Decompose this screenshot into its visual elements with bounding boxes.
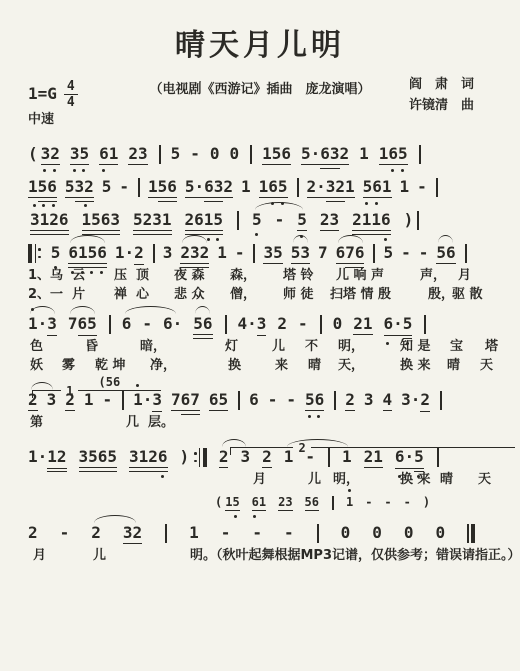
note-token: 56 xyxy=(305,390,324,411)
barline xyxy=(328,448,330,467)
slur-arc xyxy=(182,235,207,243)
note-token: 0 xyxy=(210,144,220,164)
note-token: 767 xyxy=(171,390,200,411)
note-token: - xyxy=(365,495,372,510)
note-token: 6 xyxy=(122,314,132,334)
note-token: 0 xyxy=(404,523,414,543)
note-token: - xyxy=(119,177,129,197)
note-token: 3 xyxy=(240,447,250,467)
pickup-notes: (56 xyxy=(99,375,121,389)
octave-dot xyxy=(42,204,45,207)
note-token: 2 xyxy=(65,390,75,411)
underline xyxy=(133,234,172,235)
note-token: - xyxy=(268,390,278,410)
lyric-segment: 几 xyxy=(126,411,139,430)
lyric-segment: 森， xyxy=(230,264,256,283)
octave-dot xyxy=(348,489,351,492)
key-signature: 1=G44 xyxy=(28,80,78,109)
tempo-marking: 中速 xyxy=(28,108,54,127)
barline xyxy=(440,391,442,410)
lyric-segment: 1、乌 云 xyxy=(28,264,85,283)
credits: 阎 肃 词许镜清 曲 xyxy=(409,74,474,116)
octave-dot xyxy=(255,233,258,236)
barline xyxy=(320,315,322,334)
note-token: ( xyxy=(215,495,222,510)
repeat-end-sign xyxy=(192,447,207,467)
note-token: 6 xyxy=(249,390,259,410)
notation-line: (323561235-001565·6321165 xyxy=(0,144,520,165)
note-token: - xyxy=(404,495,411,510)
note-token: - xyxy=(298,314,308,334)
note-token: 32 xyxy=(123,523,142,544)
note-token: 15 xyxy=(225,495,239,511)
repeat-dots xyxy=(38,244,41,263)
lyric-segment: 扫塔 情 殷 xyxy=(330,283,391,302)
barline xyxy=(159,145,161,164)
note-token: 0 xyxy=(333,314,343,334)
notation-line: 31261563523126155-5232116) xyxy=(0,210,520,231)
note-token: 5 xyxy=(171,144,181,164)
note-token: 5 xyxy=(297,210,307,231)
note-token: 1 xyxy=(342,447,352,467)
slur-arc xyxy=(338,235,363,243)
note-token: 35 xyxy=(70,144,89,165)
note-token: 676 xyxy=(336,243,365,264)
octave-dot xyxy=(33,204,36,207)
note-token: 0 xyxy=(436,523,446,543)
note-token: 5·632 xyxy=(301,144,349,165)
note-token: 1 xyxy=(241,177,251,197)
lyricist-credit: 阎 肃 词 xyxy=(409,77,474,92)
barline xyxy=(437,448,439,467)
lyrics-row: 1、乌 云压 顶夜 森森，塔 铃儿 响 声声，月 xyxy=(0,264,520,283)
lyric-segment: 换 来 xyxy=(400,468,431,487)
note-token: 1 xyxy=(189,523,199,543)
note-token: 3 xyxy=(163,243,173,263)
lyric-segment: 来 xyxy=(275,354,288,373)
note-token: 1 xyxy=(84,390,94,410)
note-token: - xyxy=(221,523,231,543)
barline xyxy=(436,178,438,197)
slur-arc xyxy=(30,306,55,314)
slur-arc xyxy=(255,202,304,210)
repeat-begin-sign xyxy=(28,243,43,263)
barline xyxy=(373,244,375,263)
lyric-segment: 色 xyxy=(30,335,43,354)
octave-dot xyxy=(84,204,87,207)
lyric-segment: 乾 坤 xyxy=(95,354,126,373)
underline xyxy=(352,234,391,235)
note-token: 0 xyxy=(341,523,351,543)
lyric-segment: 明。（秋叶起舞根据MP3记谱，仅供参考；错误请指正。） xyxy=(190,544,520,563)
note-token: 1·3 xyxy=(28,314,57,334)
slur-arc xyxy=(293,235,308,243)
notes-row: 561561·232321-355376765--56 xyxy=(0,243,520,264)
note-token: - xyxy=(401,243,411,263)
note-token: 61 xyxy=(99,144,118,165)
notation-line: 21·1235653126)2321-1216·5月儿明，换 来晴天 xyxy=(0,447,520,487)
lyric-segment: 暗， xyxy=(140,335,166,354)
lyrics-row: 月儿明，换 来晴天 xyxy=(0,468,520,487)
slur-arc xyxy=(195,306,210,314)
octave-dot xyxy=(401,169,404,172)
octave-dot xyxy=(253,515,256,518)
notation-line: 1·37656-6·564·32-0216·5色昏暗，灯儿不明，知 是宝塔妖雾乾… xyxy=(0,314,520,373)
underline xyxy=(75,201,94,202)
notes-row: 2-2321---0000 xyxy=(0,523,520,544)
note-token: 1 xyxy=(359,144,369,164)
notation-line: 12321-(561·3767656--562343·2第几层。 xyxy=(0,390,520,430)
lyrics-row: 第几层。 xyxy=(0,411,520,430)
note-token: 5 xyxy=(252,210,262,230)
note-token: (56 xyxy=(99,375,121,389)
barline xyxy=(253,244,255,263)
note-token: 7 xyxy=(318,243,328,263)
note-token: - xyxy=(60,523,70,543)
note-token: 65 xyxy=(209,390,228,411)
barline xyxy=(250,145,252,164)
note-token: 23 xyxy=(320,210,339,231)
underline xyxy=(30,234,69,235)
underline xyxy=(204,201,223,202)
lyric-segment: 月 xyxy=(33,544,46,563)
lyric-segment: 声， xyxy=(420,264,446,283)
composer-credit: 许镜清 曲 xyxy=(409,98,474,113)
notes-row: 1·37656-6·564·32-0216·5 xyxy=(0,314,520,335)
note-token: - xyxy=(235,243,245,263)
barline xyxy=(165,524,167,543)
note-token: ( xyxy=(28,144,38,164)
barline xyxy=(153,244,155,263)
slur-arc xyxy=(70,235,105,243)
note-token: 561 xyxy=(363,177,392,198)
note-token: -(56 xyxy=(103,390,113,410)
lyric-segment: 雾 xyxy=(62,354,75,373)
lyric-segment: 塔 铃 xyxy=(283,264,314,283)
note-token: 2 xyxy=(91,523,101,543)
note-token: - xyxy=(286,390,296,410)
lyric-segment: 净， xyxy=(150,354,176,373)
note-token: 3·2 xyxy=(401,390,430,410)
lyric-segment: 灯 xyxy=(225,335,238,354)
note-token: 56 xyxy=(436,243,455,264)
lyric-segment: 师 徒 xyxy=(283,283,314,302)
slur-arc xyxy=(125,306,177,314)
lyric-segment: 晴 xyxy=(447,354,460,373)
note-token: 2 xyxy=(262,447,272,468)
notation-line: 561561·232321-355376765--561、乌 云压 顶夜 森森，… xyxy=(0,243,520,302)
notes-row: 1·1235653126)2321-1216·5 xyxy=(0,447,520,468)
octave-dot xyxy=(375,202,378,205)
note-token: - xyxy=(142,314,152,334)
notes-row: 31261563523126155-5232116) xyxy=(0,210,520,231)
note-token: 21 xyxy=(364,447,383,468)
note-token: 156 xyxy=(148,177,177,198)
note-token: 1·3 xyxy=(133,390,162,410)
note-token: 2 xyxy=(345,390,355,411)
note-token: 1 xyxy=(217,243,227,263)
octave-dot xyxy=(234,515,237,518)
note-token: 5 xyxy=(383,243,393,263)
note-token: ) xyxy=(404,210,414,230)
note-token: 61 xyxy=(252,495,266,511)
note-token: 6· xyxy=(163,314,182,334)
slur-arc xyxy=(222,439,247,447)
lyric-segment: 换 xyxy=(228,354,241,373)
octave-dot xyxy=(73,169,76,172)
lyric-segment: 儿 响 声 xyxy=(336,264,384,283)
note-token: 2 xyxy=(28,523,38,543)
lyric-segment: 宝 xyxy=(450,335,463,354)
note-token: 3565 xyxy=(79,447,118,468)
barline xyxy=(332,496,334,510)
barline xyxy=(122,391,124,410)
lyric-segment: 第 xyxy=(30,411,43,430)
final-barline xyxy=(467,523,475,543)
music-area: (323561235-001565·63211651565325-1565·63… xyxy=(0,130,520,563)
slur-arc xyxy=(94,515,137,523)
barline xyxy=(109,315,111,334)
sheet-music-page: 晴天月儿明 （电视剧《西游记》插曲 庞龙演唱） 阎 肃 词许镜清 曲 1=G44… xyxy=(0,0,520,671)
note-token: ) xyxy=(180,447,190,467)
lyric-segment: 儿 xyxy=(272,335,285,354)
lyric-segment: 晴 xyxy=(308,354,321,373)
note-token: 5·632 xyxy=(185,177,233,198)
lyric-segment: 月 xyxy=(458,264,471,283)
notation-line: 1565325-1565·63211652·3215611- xyxy=(0,177,520,198)
lyric-segment: 昏 xyxy=(85,335,98,354)
underline xyxy=(326,201,345,202)
note-token: 2116 xyxy=(352,210,391,231)
note-token: 4 xyxy=(383,390,393,411)
underline xyxy=(106,390,120,391)
notes-row: (156123561---) xyxy=(0,495,520,511)
note-token: - xyxy=(417,177,427,197)
lyric-segment: 夜 森 xyxy=(174,264,205,283)
notes-row: 2321-(561·3767656--562343·2 xyxy=(0,390,520,411)
notes-row: 1565325-1565·63211652·3215611- xyxy=(0,177,520,198)
note-token: 6·5 xyxy=(395,447,424,467)
grace-notes-line: (156123561---) xyxy=(0,495,520,511)
note-token: 21 xyxy=(353,314,372,335)
note-token: 1·2 xyxy=(115,243,144,263)
header-row: （电视剧《西游记》插曲 庞龙演唱） 阎 肃 词许镜清 曲 1=G44 中速 xyxy=(0,64,520,130)
note-token: 6156 xyxy=(68,243,107,264)
note-token: - xyxy=(252,523,262,543)
note-token: 32 xyxy=(41,144,60,165)
lyric-segment: 殷， xyxy=(428,283,454,302)
note-token: 1·12 xyxy=(28,447,67,467)
lyric-segment: 压 顶 xyxy=(114,264,149,283)
lyric-segment: 天 xyxy=(480,354,493,373)
lyric-segment: 2、一 片 xyxy=(28,283,85,302)
note-token: 56 xyxy=(305,495,319,511)
octave-dot xyxy=(207,238,210,241)
note-token: - xyxy=(419,243,429,263)
barline xyxy=(424,315,426,334)
lyric-segment: 悲 众 xyxy=(174,283,205,302)
key-label: 1=G xyxy=(28,84,57,103)
note-token: 1 xyxy=(346,495,353,510)
lyric-segment: 儿 xyxy=(93,544,106,563)
note-token: 232 xyxy=(180,243,209,264)
barline xyxy=(419,145,421,164)
octave-dot xyxy=(102,169,105,172)
note-token: 1 xyxy=(400,177,410,197)
octave-dot xyxy=(52,204,55,207)
lyric-segment: 天， xyxy=(338,354,364,373)
note-token: 4·3 xyxy=(238,314,267,334)
repeat-dots xyxy=(194,448,197,467)
note-token: 532 xyxy=(65,177,94,198)
lyric-segment: 月 xyxy=(253,468,266,487)
lyric-segment: 驱 散 xyxy=(452,283,483,302)
octave-dot xyxy=(384,238,387,241)
lyric-segment: 层。 xyxy=(148,411,174,430)
note-token: 0 xyxy=(230,144,240,164)
note-token: 3 xyxy=(47,390,57,410)
barline xyxy=(317,524,319,543)
note-token: 1563 xyxy=(82,210,121,231)
note-token: 2 xyxy=(219,447,229,468)
barline xyxy=(237,211,239,230)
note-token: 2 xyxy=(28,390,38,411)
note-token: - xyxy=(284,523,294,543)
slur-arc xyxy=(287,439,349,447)
note-token: 2 xyxy=(277,314,287,334)
lyric-segment: 禅 心 xyxy=(114,283,149,302)
note-token: 23 xyxy=(128,144,147,165)
note-token: 3126 xyxy=(30,210,69,231)
note-token: - xyxy=(275,210,285,230)
note-token: 5 xyxy=(102,177,112,197)
lyrics-row: 2、一 片禅 心悲 众僧，师 徒扫塔 情 殷殷，驱 散 xyxy=(0,283,520,302)
lyric-segment: 僧， xyxy=(230,283,256,302)
note-token: 53 xyxy=(291,243,310,264)
barline xyxy=(138,178,140,197)
page-title: 晴天月儿明 xyxy=(0,0,520,64)
meter-numerator: 4 xyxy=(64,80,78,95)
note-token: 156 xyxy=(28,177,57,198)
note-token: 156 xyxy=(262,144,291,165)
lyric-segment: 天 xyxy=(478,468,491,487)
note-token: 35 xyxy=(263,243,282,264)
note-token: 0 xyxy=(372,523,382,543)
octave-dot xyxy=(136,384,139,387)
barline xyxy=(465,244,467,263)
note-token: 5 xyxy=(51,243,61,263)
note-token: 2615 xyxy=(185,210,224,231)
octave-dot xyxy=(391,169,394,172)
note-token: - xyxy=(384,495,391,510)
note-token: 3 xyxy=(364,390,374,410)
slur-arc xyxy=(31,382,54,390)
note-token: 1 xyxy=(284,447,294,467)
note-token: - xyxy=(305,447,315,467)
note-token: 765 xyxy=(68,314,97,334)
lyric-segment: 明， xyxy=(338,335,364,354)
underline xyxy=(38,201,57,202)
underline xyxy=(158,201,177,202)
lyric-segment: 儿 xyxy=(308,468,321,487)
octave-dot xyxy=(43,169,46,172)
lyric-segment: 明， xyxy=(333,468,359,487)
barline xyxy=(417,211,419,230)
octave-dot xyxy=(365,202,368,205)
lyrics-row: 色昏暗，灯儿不明，知 是宝塔 xyxy=(0,335,520,354)
octave-dot xyxy=(216,238,219,241)
note-token: 165 xyxy=(259,177,288,198)
lyric-segment: 不 xyxy=(305,335,318,354)
time-signature: 44 xyxy=(64,80,78,109)
lyrics-row: 月儿明。（秋叶起舞根据MP3记谱，仅供参考；错误请指正。） xyxy=(0,544,520,563)
note-token: 165 xyxy=(379,144,408,165)
lyric-segment: 妖 xyxy=(30,354,43,373)
meter-denominator: 4 xyxy=(64,95,78,109)
barline xyxy=(225,315,227,334)
lyric-segment: 塔 xyxy=(485,335,498,354)
note-token: 3126 xyxy=(129,447,168,468)
barline xyxy=(238,391,240,410)
notation-line: 2-2321---0000月儿明。（秋叶起舞根据MP3记谱，仅供参考；错误请指正… xyxy=(0,523,520,563)
note-token: 6·5 xyxy=(384,314,413,334)
octave-dot xyxy=(53,169,56,172)
octave-dot xyxy=(82,169,85,172)
note-token: 56 xyxy=(193,314,212,335)
lyric-segment: 知 是 xyxy=(400,335,431,354)
barline xyxy=(297,178,299,197)
notes-row: (323561235-001565·6321165 xyxy=(0,144,520,165)
note-token: 5231 xyxy=(133,210,172,231)
slur-arc xyxy=(438,235,453,243)
note-token: ) xyxy=(423,495,430,510)
note-token: 23 xyxy=(278,495,292,511)
lyric-segment: 晴 xyxy=(440,468,453,487)
note-token: 2·321 xyxy=(307,177,355,198)
slur-arc xyxy=(70,306,95,314)
lyrics-row: 妖雾乾 坤净，换来晴天，换 来晴天 xyxy=(0,354,520,373)
underline xyxy=(320,168,339,169)
note-token: - xyxy=(190,144,200,164)
lyric-segment: 换 来 xyxy=(400,354,431,373)
barline xyxy=(334,391,336,410)
